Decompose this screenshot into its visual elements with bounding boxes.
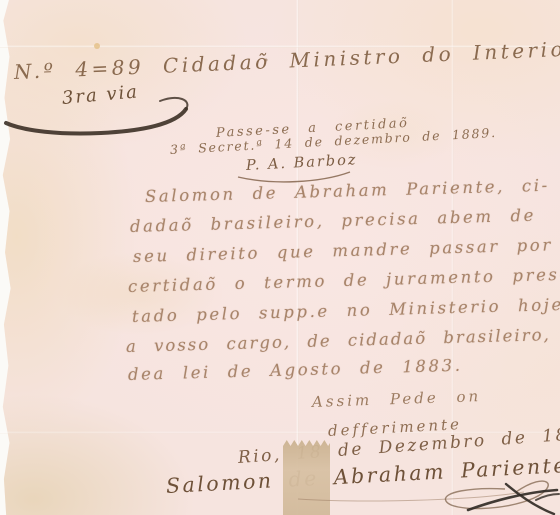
scanned-document: N.º 4=89 Cidadaõ Ministro do Interior 3r…: [0, 0, 560, 515]
stamp-strip-remnant: [283, 440, 330, 515]
